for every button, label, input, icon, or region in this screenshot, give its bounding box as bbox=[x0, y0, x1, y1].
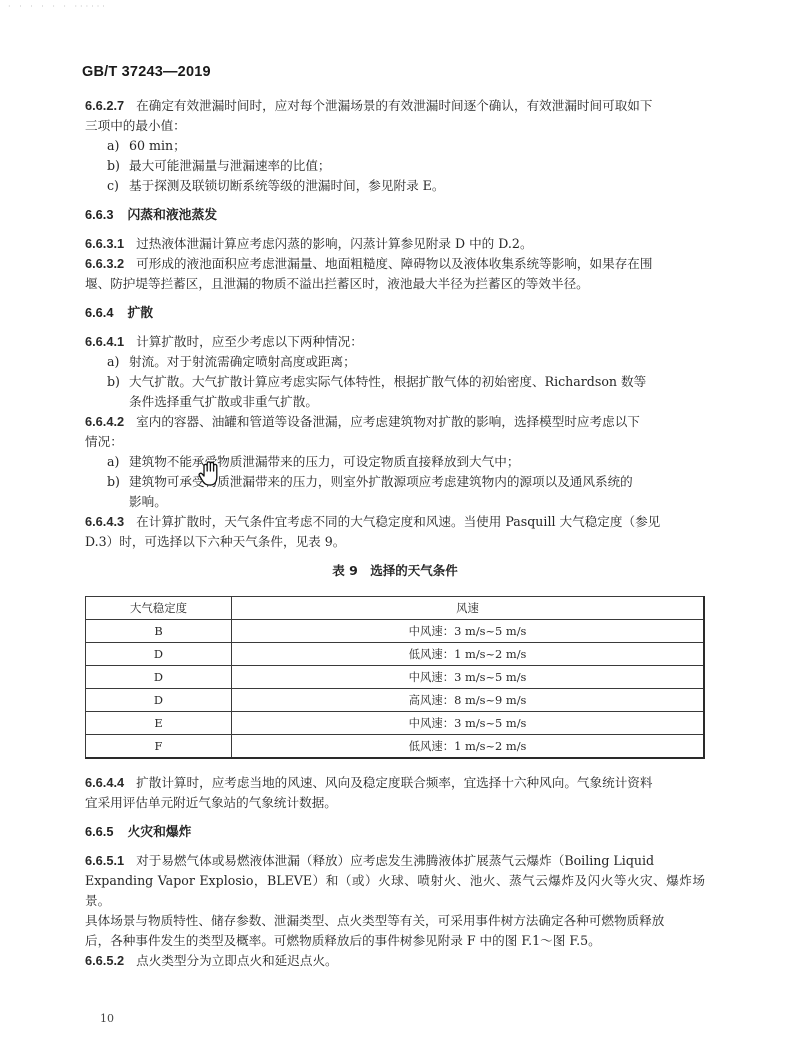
table-row: E 中风速：3 m/s~5 m/s bbox=[86, 712, 705, 735]
clause-6-6-3-2: 6.6.3.2可形成的液池面积应考虑泄漏量、地面粗糙度、障碍物以及液体收集系统等… bbox=[85, 254, 705, 274]
clause-6-6-4-1: 6.6.4.1计算扩散时，应至少考虑以下两种情况： bbox=[85, 332, 705, 352]
list-item: a)建筑物不能承受物质泄漏带来的压力，可设定物质直接释放到大气中； bbox=[85, 452, 705, 472]
list-text-continuation: 条件选择重气扩散或非重气扩散。 bbox=[85, 392, 705, 412]
list-text: 射流。对于射流需确定喷射高度或距离； bbox=[129, 354, 356, 369]
clause-text-line: Expanding Vapor Explosio，BLEVE）和（或）火球、喷射… bbox=[85, 871, 705, 911]
list-text-continuation: 影响。 bbox=[85, 492, 705, 512]
table-row: D 中风速：3 m/s~5 m/s bbox=[86, 666, 705, 689]
section-heading-6-6-5: 6.6.5火灾和爆炸 bbox=[85, 822, 705, 842]
list-marker: a) bbox=[107, 352, 129, 372]
list-text: 60 min； bbox=[129, 138, 186, 153]
clause-text-line: 三项中的最小值： bbox=[85, 116, 705, 136]
list-marker: b) bbox=[107, 472, 129, 492]
list-item: b)大气扩散。大气扩散计算应考虑实际气体特性，根据扩散气体的初始密度、Richa… bbox=[85, 372, 705, 392]
clause-number: 6.6.4.3 bbox=[85, 514, 124, 529]
hand-cursor-icon bbox=[198, 460, 224, 490]
heading-title: 闪蒸和液池蒸发 bbox=[127, 207, 217, 222]
clause-number: 6.6.5.1 bbox=[85, 853, 124, 868]
cell-stability: D bbox=[86, 643, 232, 666]
cell-stability: B bbox=[86, 620, 232, 643]
list-marker: c) bbox=[107, 176, 129, 196]
clause-text: 过热液体泄漏计算应考虑闪蒸的影响，闪蒸计算参见附录 D 中的 D.2。 bbox=[136, 236, 532, 251]
clause-text-line: 具体场景与物质特性、储存参数、泄漏类型、点火类型等有关，可采用事件树方法确定各种… bbox=[85, 911, 705, 931]
cell-wind-speed: 高风速：8 m/s~9 m/s bbox=[232, 689, 705, 712]
table-title: 表 9 选择的天气条件 bbox=[85, 561, 705, 581]
section-heading-6-6-3: 6.6.3闪蒸和液池蒸发 bbox=[85, 205, 705, 225]
cell-stability: F bbox=[86, 735, 232, 759]
column-header-wind-speed: 风速 bbox=[232, 597, 705, 620]
table-header-row: 大气稳定度 风速 bbox=[86, 597, 705, 620]
list-item: c)基于探测及联锁切断系统等级的泄漏时间，参见附录 E。 bbox=[85, 176, 705, 196]
clause-6-6-4-4: 6.6.4.4扩散计算时，应考虑当地的风速、风向及稳定度联合频率，宜选择十六种风… bbox=[85, 773, 705, 793]
section-heading-6-6-4: 6.6.4扩散 bbox=[85, 303, 705, 323]
clause-text-line: 对于易燃气体或易燃液体泄漏（释放）应考虑发生沸腾液体扩展蒸气云爆炸（Boilin… bbox=[136, 853, 654, 868]
clause-number: 6.6.4.1 bbox=[85, 334, 124, 349]
cell-wind-speed: 低风速：1 m/s~2 m/s bbox=[232, 735, 705, 759]
weather-conditions-table: 大气稳定度 风速 B 中风速：3 m/s~5 m/s D 低风速：1 m/s~2… bbox=[85, 596, 705, 759]
list-item: a)射流。对于射流需确定喷射高度或距离； bbox=[85, 352, 705, 372]
standard-code-header: GB/T 37243—2019 bbox=[82, 64, 211, 80]
clause-number: 6.6.4.4 bbox=[85, 775, 124, 790]
cell-wind-speed: 低风速：1 m/s~2 m/s bbox=[232, 643, 705, 666]
cell-stability: D bbox=[86, 689, 232, 712]
list-text: 最大可能泄漏量与泄漏速率的比值； bbox=[129, 158, 331, 173]
table-row: B 中风速：3 m/s~5 m/s bbox=[86, 620, 705, 643]
clause-number: 6.6.4.2 bbox=[85, 414, 124, 429]
cell-stability: E bbox=[86, 712, 232, 735]
clause-text-line: 后，各种事件发生的类型及概率。可燃物质释放后的事件树参见附录 F 中的图 F.1… bbox=[85, 931, 705, 951]
clause-text-line: 室内的容器、油罐和管道等设备泄漏，应考虑建筑物对扩散的影响，选择模型时应考虑以下 bbox=[136, 414, 640, 429]
page-number: 10 bbox=[100, 1012, 114, 1025]
top-dots: · · · · · · ······ bbox=[8, 2, 108, 11]
heading-title: 火灾和爆炸 bbox=[127, 824, 191, 839]
list-text: 建筑物不能承受物质泄漏带来的压力，可设定物质直接释放到大气中； bbox=[129, 454, 519, 469]
document-body: 6.6.2.7在确定有效泄漏时间时，应对每个泄漏场景的有效泄漏时间逐个确认，有效… bbox=[85, 96, 705, 971]
list-text: 基于探测及联锁切断系统等级的泄漏时间，参见附录 E。 bbox=[129, 178, 444, 193]
list-item: a)60 min； bbox=[85, 136, 705, 156]
list-item: b)建筑物可承受物质泄漏带来的压力，则室外扩散源项应考虑建筑物内的源项以及通风系… bbox=[85, 472, 705, 492]
clause-number: 6.6.2.7 bbox=[85, 98, 124, 113]
clause-text: 6.6.2.7在确定有效泄漏时间时，应对每个泄漏场景的有效泄漏时间逐个确认，有效… bbox=[85, 96, 705, 116]
clause-6-6-4-2: 6.6.4.2室内的容器、油罐和管道等设备泄漏，应考虑建筑物对扩散的影响，选择模… bbox=[85, 412, 705, 432]
heading-number: 6.6.3 bbox=[85, 207, 113, 222]
list-marker: a) bbox=[107, 452, 129, 472]
clause-text: 点火类型分为立即点火和延迟点火。 bbox=[136, 953, 338, 968]
column-header-stability: 大气稳定度 bbox=[86, 597, 232, 620]
clause-text-line: 扩散计算时，应考虑当地的风速、风向及稳定度联合频率，宜选择十六种风向。气象统计资… bbox=[136, 775, 652, 790]
list-item: b)最大可能泄漏量与泄漏速率的比值； bbox=[85, 156, 705, 176]
list-marker: b) bbox=[107, 372, 129, 392]
list-marker: b) bbox=[107, 156, 129, 176]
clause-6-6-4-3: 6.6.4.3在计算扩散时，天气条件宜考虑不同的大气稳定度和风速。当使用 Pas… bbox=[85, 512, 705, 532]
clause-text-line: 在计算扩散时，天气条件宜考虑不同的大气稳定度和风速。当使用 Pasquill 大… bbox=[136, 514, 660, 529]
heading-title: 扩散 bbox=[127, 305, 153, 320]
cell-wind-speed: 中风速：3 m/s~5 m/s bbox=[232, 620, 705, 643]
clause-text: 计算扩散时，应至少考虑以下两种情况： bbox=[136, 334, 363, 349]
heading-number: 6.6.4 bbox=[85, 305, 113, 320]
list-marker: a) bbox=[107, 136, 129, 156]
clause-text-line: 堰、防护堤等拦蓄区，且泄漏的物质不溢出拦蓄区时，液池最大半径为拦蓄区的等效半径。 bbox=[85, 274, 705, 294]
clause-number: 6.6.5.2 bbox=[85, 953, 124, 968]
clause-6-6-5-2: 6.6.5.2点火类型分为立即点火和延迟点火。 bbox=[85, 951, 705, 971]
clause-text-line: 宜采用评估单元附近气象站的气象统计数据。 bbox=[85, 793, 705, 813]
clause-text-line: 情况： bbox=[85, 432, 705, 452]
cell-wind-speed: 中风速：3 m/s~5 m/s bbox=[232, 666, 705, 689]
clause-6-6-2-7: 6.6.2.7在确定有效泄漏时间时，应对每个泄漏场景的有效泄漏时间逐个确认，有效… bbox=[85, 96, 705, 196]
cell-stability: D bbox=[86, 666, 232, 689]
clause-6-6-3-1: 6.6.3.1过热液体泄漏计算应考虑闪蒸的影响，闪蒸计算参见附录 D 中的 D.… bbox=[85, 234, 705, 254]
clause-number: 6.6.3.2 bbox=[85, 256, 124, 271]
table-row: F 低风速：1 m/s~2 m/s bbox=[86, 735, 705, 759]
table-row: D 低风速：1 m/s~2 m/s bbox=[86, 643, 705, 666]
table-row: D 高风速：8 m/s~9 m/s bbox=[86, 689, 705, 712]
clause-number: 6.6.3.1 bbox=[85, 236, 124, 251]
clause-text-line: D.3）时，可选择以下六种天气条件，见表 9。 bbox=[85, 532, 705, 552]
clause-6-6-5-1: 6.6.5.1对于易燃气体或易燃液体泄漏（释放）应考虑发生沸腾液体扩展蒸气云爆炸… bbox=[85, 851, 705, 871]
clause-text-line: 在确定有效泄漏时间时，应对每个泄漏场景的有效泄漏时间逐个确认，有效泄漏时间可取如… bbox=[136, 98, 652, 113]
clause-text-line: 可形成的液池面积应考虑泄漏量、地面粗糙度、障碍物以及液体收集系统等影响，如果存在… bbox=[136, 256, 652, 271]
list-text: 大气扩散。大气扩散计算应考虑实际气体特性，根据扩散气体的初始密度、Richard… bbox=[129, 374, 646, 389]
heading-number: 6.6.5 bbox=[85, 824, 113, 839]
cell-wind-speed: 中风速：3 m/s~5 m/s bbox=[232, 712, 705, 735]
